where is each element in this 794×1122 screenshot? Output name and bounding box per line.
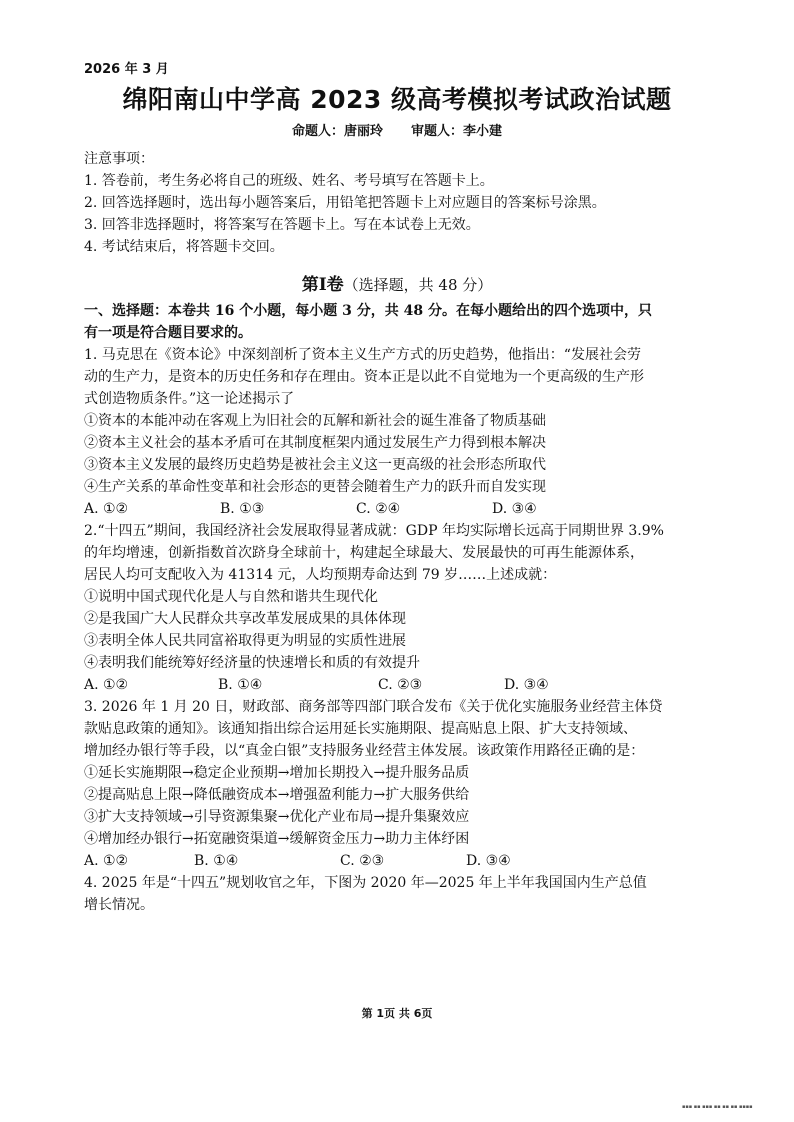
question-stem: 增长情况。 xyxy=(84,894,724,916)
statement: ①说明中国式现代化是人与自然和谐共生现代化 xyxy=(84,586,724,608)
exam-date: 2026 年 3 月 xyxy=(84,58,169,77)
question-stem: 4. 2025 年是“十四五”规划收官之年，下图为 2020 年—2025 年上… xyxy=(84,872,724,894)
statement: ③表明全体人民共同富裕取得更为明显的实质性进展 xyxy=(84,630,724,652)
question-3: 3. 2026 年 1 月 20 日，财政部、商务部等四部门联合发布《关于优化实… xyxy=(84,696,724,872)
note-item: 1. 答卷前，考生务必将自己的班级、姓名、考号填写在答题卡上。 xyxy=(84,170,724,192)
note-item: 4. 考试结束后，将答题卡交回。 xyxy=(84,236,724,258)
question-1: 1. 马克思在《资本论》中深刻剖析了资本主义生产方式的历史趋势，他指出：“发展社… xyxy=(84,344,724,520)
option-a: A. ①② xyxy=(84,674,218,696)
section-title-sub: （选择题，共 48 分） xyxy=(344,276,493,294)
question-stem: 2.“十四五”期间，我国经济社会发展取得显著成就：GDP 年均实际增长远高于同期… xyxy=(84,520,724,542)
page-footer: 第 1页 共 6页 xyxy=(0,1005,794,1021)
questions-area: 一、选择题：本卷共 16 个小题，每小题 3 分，共 48 分。在每小题给出的四… xyxy=(84,300,724,916)
section-title-main: 第Ⅰ卷 xyxy=(302,275,344,295)
note-item: 2. 回答选择题时，选出每小题答案后，用铅笔把答题卡上对应题目的答案标号涂黑。 xyxy=(84,192,724,214)
question-stem: 动的生产力，是资本的历史任务和存在理由。资本正是以此不自觉地为一个更高级的生产形 xyxy=(84,366,724,388)
section-title: 第Ⅰ卷（选择题，共 48 分） xyxy=(0,270,794,295)
author: 命题人：唐丽玲 xyxy=(292,124,383,139)
statement: ④表明我们能统筹好经济量的快速增长和质的有效提升 xyxy=(84,652,724,674)
option-d: D. ③④ xyxy=(492,498,537,520)
notes-section: 注意事项： 1. 答卷前，考生务必将自己的班级、姓名、考号填写在答题卡上。 2.… xyxy=(84,148,724,258)
statement: ③资本主义发展的最终历史趋势是被社会主义这一更高级的社会形态所取代 xyxy=(84,454,724,476)
question-stem: 款贴息政策的通知》。该通知指出综合运用延长实施期限、提高贴息上限、扩大支持领域、 xyxy=(84,718,724,740)
statement: ④生产关系的革命性变革和社会形态的更替会随着生产力的跃升而自发实现 xyxy=(84,476,724,498)
statement: ①延长实施期限→稳定企业预期→增加长期投入→提升服务品质 xyxy=(84,762,724,784)
statement: ③扩大支持领域→引导资源集聚→优化产业布局→提升集聚效应 xyxy=(84,806,724,828)
option-a: A. ①② xyxy=(84,850,194,872)
question-stem: 增加经办银行等手段，以“真金白银”支持服务业经营主体发展。该政策作用路径正确的是… xyxy=(84,740,724,762)
reviewer: 审题人：李小建 xyxy=(411,124,502,139)
option-c: C. ②③ xyxy=(378,674,504,696)
question-stem: 的年均增速，创新指数首次跻身全球前十，构建起全球最大、发展最快的可再生能源体系， xyxy=(84,542,724,564)
answer-options: A. ①② B. ①④ C. ②③ D. ③④ xyxy=(84,850,724,872)
statement: ④增加经办银行→拓宽融资渠道→缓解资金压力→助力主体纾困 xyxy=(84,828,724,850)
option-b: B. ①③ xyxy=(220,498,356,520)
statement: ②是我国广大人民群众共享改革发展成果的具体体现 xyxy=(84,608,724,630)
option-d: D. ③④ xyxy=(466,850,511,872)
notes-heading: 注意事项： xyxy=(84,148,724,170)
statement: ②提高贴息上限→降低融资成本→增强盈利能力→扩大服务供给 xyxy=(84,784,724,806)
question-2: 2.“十四五”期间，我国经济社会发展取得显著成就：GDP 年均实际增长远高于同期… xyxy=(84,520,724,696)
option-b: B. ①④ xyxy=(218,674,378,696)
question-stem: 式创造物质条件。”这一论述揭示了 xyxy=(84,388,724,410)
section-instruction: 一、选择题：本卷共 16 个小题，每小题 3 分，共 48 分。在每小题给出的四… xyxy=(84,300,724,322)
question-stem: 1. 马克思在《资本论》中深刻剖析了资本主义生产方式的历史趋势，他指出：“发展社… xyxy=(84,344,724,366)
exam-title: 绵阳南山中学高 2023 级高考模拟考试政治试题 xyxy=(0,80,794,116)
exam-page: 2026 年 3 月 绵阳南山中学高 2023 级高考模拟考试政治试题 命题人：… xyxy=(0,0,794,1122)
statement: ①资本的本能冲动在客观上为旧社会的瓦解和新社会的诞生准备了物质基础 xyxy=(84,410,724,432)
option-a: A. ①② xyxy=(84,498,220,520)
answer-options: A. ①② B. ①④ C. ②③ D. ③④ xyxy=(84,674,724,696)
note-item: 3. 回答非选择题时，将答案写在答题卡上。写在本试卷上无效。 xyxy=(84,214,724,236)
question-stem: 居民人均可支配收入为 41314 元，人均预期寿命达到 79 岁……上述成就： xyxy=(84,564,724,586)
option-c: C. ②④ xyxy=(356,498,492,520)
scan-watermark: ▪▪▪ ▪▪ ▪▪▪ ▪▪ ▪▪ ▪▪ ▪▪▪▪ xyxy=(682,1104,753,1110)
authors-line: 命题人：唐丽玲审题人：李小建 xyxy=(0,120,794,139)
option-c: C. ②③ xyxy=(340,850,466,872)
question-4: 4. 2025 年是“十四五”规划收官之年，下图为 2020 年—2025 年上… xyxy=(84,872,724,916)
section-instruction: 有一项是符合题目要求的。 xyxy=(84,322,724,344)
option-b: B. ①④ xyxy=(194,850,340,872)
option-d: D. ③④ xyxy=(504,674,549,696)
question-stem: 3. 2026 年 1 月 20 日，财政部、商务部等四部门联合发布《关于优化实… xyxy=(84,696,724,718)
answer-options: A. ①② B. ①③ C. ②④ D. ③④ xyxy=(84,498,724,520)
statement: ②资本主义社会的基本矛盾可在其制度框架内通过发展生产力得到根本解决 xyxy=(84,432,724,454)
